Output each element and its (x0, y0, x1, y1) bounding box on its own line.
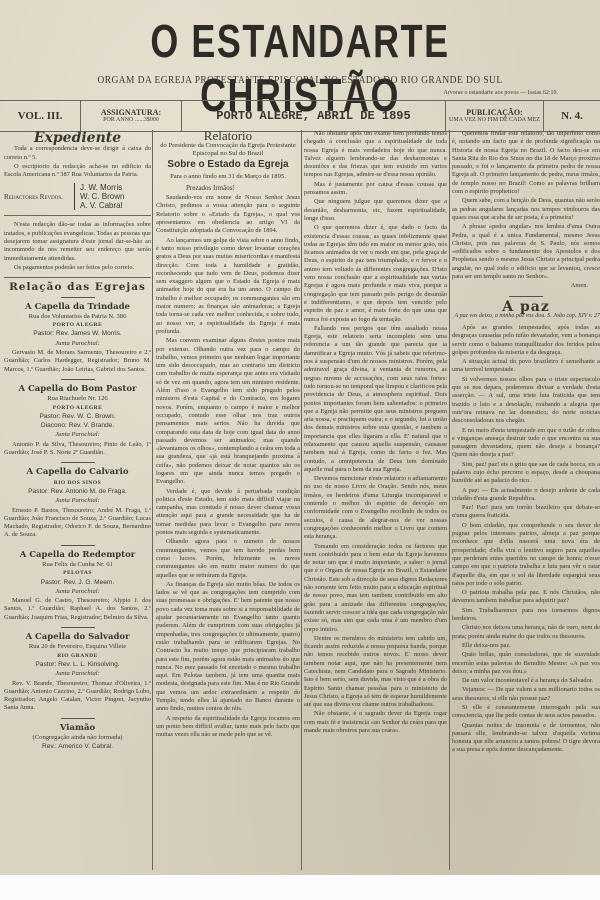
report-paragraph: Fallando nos perigos que têm assaltado n… (304, 325, 447, 474)
church-entry: A Capella do SalvadorRua 20 de Fevereiro… (4, 633, 151, 713)
parish-council-label: Junta Parochial: (4, 431, 151, 439)
report-paragraph: Devemos mencionar n'este relatorio o adi… (304, 475, 447, 541)
paz-paragraph: E no meio d'esta tempestade em que o tuf… (452, 427, 600, 460)
masthead: O ESTANDARTE CHRISTÃO ORGAM DA EGREJA PR… (0, 0, 600, 100)
church-clergy: Rev.: Americo V. Cabral. (4, 743, 151, 751)
report-paragraph: Tomando em consideração todos os factore… (304, 543, 447, 634)
column-1: Expediente Toda a correspondencia deve-s… (4, 130, 151, 875)
report-paragraph: Dentre os membros do ministerio tem cahi… (304, 635, 447, 710)
paz-paragraph: De um valor incontestavel é a herança do… (452, 677, 600, 685)
divider (509, 296, 543, 297)
paz-paragraph: O patriota trabalha pela paz. E nós Chri… (452, 589, 600, 606)
volume-label: VOL. III. (0, 101, 81, 131)
report-paragraph: Ao lançarmos um golpe de vista sobre o a… (156, 237, 300, 337)
paz-paragraph: Sim. Trabalharemos para nos tornarmos di… (452, 607, 600, 624)
parish-council-members: Manoel G. de Castro, Thesoureiro; Alypio… (4, 597, 151, 622)
expediente-paragraph: N'esta redacção dão-se todas as informaç… (4, 221, 151, 262)
paz-paragraph: Quão bellas, quão consoladoras, que de s… (452, 651, 600, 676)
church-clergy: Diacono: Rev. V. Brande. (4, 422, 151, 430)
issue-number: N. 4. (544, 101, 600, 131)
parish-council-members: Gervasio M. de Moraes Sarmento, Thesoure… (4, 349, 151, 374)
paz-paragraph: O bom cidadão, que comprehende o seu dev… (452, 522, 600, 588)
newspaper-page: O ESTANDARTE CHRISTÃO ORGAM DA EGREJA PR… (0, 0, 600, 875)
report-paragraph: Queremos findar este relatorio, tão impe… (452, 130, 600, 196)
church-name: Viamão (4, 724, 151, 732)
divider (61, 718, 95, 719)
church-list: A Capella da TrindadeRua dos Voluntarios… (4, 297, 151, 752)
bottom-margin (0, 875, 600, 900)
report-salutation: Prezados Irmãos! (156, 184, 300, 192)
editors-list: J. W. Morris W. C. Brown A. V. Cabral (74, 183, 124, 210)
subscription-label: ASSIGNATURA: (101, 108, 161, 117)
expediente-title: Expediente (4, 134, 151, 142)
report-paragraph: Mas é justamente por causa d'essas cousa… (304, 181, 447, 198)
column-rule (152, 130, 153, 870)
parish-council-members: Rev. V. Brande, Thesoureiro; Thomaz d'Ol… (4, 680, 151, 713)
column-4: Queremos findar este relatorio, tão impe… (452, 130, 600, 875)
subscription-box: ASSIGNATURA: POR ANNO ......3$000 (81, 101, 182, 131)
church-address: Rua dos Voluntarios da Patria N. 386 (4, 313, 151, 321)
parish-council-label: Junta Parochial: (4, 670, 151, 678)
church-city: RIO DOS SINOS (4, 479, 151, 487)
column-rule (301, 130, 302, 870)
church-name: A Capella da Trindade (4, 303, 151, 311)
divider (61, 462, 95, 463)
parish-council-members: Ernesto P. Bastos, Thesoureiro; André M.… (4, 507, 151, 540)
paz-paragraph: Após as grandes tempestades, após todas … (452, 324, 600, 357)
editor-name: A. V. Cabral (80, 201, 124, 210)
report-paragraph: Mas convem examinar alguns d'estes ponto… (156, 337, 300, 486)
church-city: PORTO ALEGRE (4, 404, 151, 412)
expediente-paragraph: O escriptorio da redacção acha-se no edi… (4, 163, 151, 180)
church-entry: A Capella da TrindadeRua dos Voluntarios… (4, 303, 151, 374)
report-paragraph: Que ninguem julgue que queremos dizer qu… (304, 198, 447, 223)
report-closing: Amen. (452, 282, 600, 290)
church-name: A Capella do Calvario (4, 468, 151, 476)
report-heading: Sobre o Estado da Egreja (156, 161, 300, 169)
paz-paragraph: A situação actual do povo brazileiro é s… (452, 358, 600, 375)
editors-label: Redactores Revdos. (4, 193, 74, 201)
parish-council-label: Junta Parochial: (4, 497, 151, 505)
paz-paragraph: Sim, paz! paz! eis o grito que sae de ca… (452, 461, 600, 486)
editors-block: Redactores Revdos. J. W. Morris W. C. Br… (4, 183, 151, 210)
paz-paragraph: Christo nos deixou uma herança, não de o… (452, 624, 600, 641)
newspaper-subtitle: ORGAM DA EGREJA PROTESTANTE EPISCOPAL NO… (30, 75, 570, 86)
church-entry: A Capella do RedemptorRua Felix da Cunha… (4, 551, 151, 622)
subscription-value: POR ANNO ......3$000 (103, 117, 159, 124)
church-address: (Congregação ainda não formada) (4, 734, 151, 742)
divider (61, 545, 95, 546)
paz-paragraph: A paz: — Eis actualmente o desejo ardent… (452, 487, 600, 504)
church-entry: A Capella do Bom PastorRua Riachuelo Nr.… (4, 385, 151, 457)
publication-box: PUBLICAÇÃO: UMA VEZ NO FIM DE CADA MEZ (446, 101, 544, 131)
paz-paragraph: Paz! Paz! para um torrão brazileiro que … (452, 504, 600, 521)
paz-paragraph: Vejamos: — De que valem a um millionario… (452, 686, 600, 703)
report-subtitle: do Presidente da Convocação da Egreja Pr… (156, 142, 300, 158)
church-clergy: Pastor: Rev. W. C. Brown. (4, 413, 151, 421)
report-paragraph: Não obstante após um exame bem profundo … (304, 130, 447, 180)
report-paragraph: A phrase «pedra angular» nos lembra d'um… (452, 223, 600, 281)
churches-section-title: Relação das Egrejas (4, 283, 151, 291)
divider (61, 297, 95, 298)
publication-value: UMA VEZ NO FIM DE CADA MEZ (449, 117, 540, 124)
church-clergy: Pastor: Rev. L. L. Kinsolving. (4, 661, 151, 669)
report-paragraph: Verdade é, que devido á perturbada condi… (156, 488, 300, 538)
church-city: RIO GRANDE (4, 652, 151, 660)
church-city: PORTO ALEGRE (4, 321, 151, 329)
column-2: Relatorio do Presidente da Convocação da… (156, 130, 300, 875)
report-body-continued: Não obstante após um exame bem profundo … (304, 130, 447, 735)
report-paragraph: Olhando agora para o numero de nossos co… (156, 538, 300, 579)
motto: Arvorae o estandarte aos povos — Isaias … (443, 90, 558, 96)
report-paragraph: O que queremos dizer é, que dado o facto… (304, 224, 447, 324)
parish-council-members: Antonio P. da Silva, Thesoureiro; Pinto … (4, 441, 151, 458)
report-paragraph: Não obstante, é o sagrado dever da Egrej… (304, 710, 447, 735)
place-date: PORTO ALEGRE, ABRIL DE 1895 (182, 101, 446, 131)
church-address: Rua 20 de Fevereiro, Esquina Villete (4, 643, 151, 651)
church-name: A Capella do Redemptor (4, 551, 151, 559)
church-address: Rua Felix da Cunha Nr. 61 (4, 561, 151, 569)
column-rule (449, 130, 450, 870)
paz-paragraph: Si volvermos nossos olhos para o triste … (452, 376, 600, 426)
paz-paragraph: Si elle é constantemente interrogado pel… (452, 704, 600, 721)
editor-name: J. W. Morris (80, 183, 124, 192)
church-name: A Capella do Bom Pastor (4, 385, 151, 393)
column-3: Não obstante após um exame bem profundo … (304, 130, 447, 875)
report-body-end: Queremos findar este relatorio, tão impe… (452, 130, 600, 281)
church-address: Rua Riachuelo Nr. 126 (4, 395, 151, 403)
report-paragraph: A respeito da espiritualidade da Egreja … (156, 715, 300, 740)
report-paragraph: Quem sabe, com a benção de Deus, quantas… (452, 197, 600, 222)
paz-epigraph: A paz vos deixo, a minha paz vos dou. S.… (452, 313, 600, 320)
divider (61, 627, 95, 628)
church-entry: Viamão(Congregação ainda não formada)Rev… (4, 724, 151, 752)
paz-title: A paz (452, 303, 600, 311)
info-bar: VOL. III. ASSIGNATURA: POR ANNO ......3$… (0, 100, 600, 132)
report-title: Relatorio (156, 132, 300, 140)
expediente-paragraph: Os pagamentos poderão ser feitos pelo co… (4, 264, 151, 272)
parish-council-label: Junta Parochial: (4, 340, 151, 348)
report-date-line: Para o anno findo em 31 de Março de 1895… (156, 173, 300, 181)
editor-name: W. C. Brown (80, 192, 124, 201)
church-clergy: Pastor: Rev. James W. Morris. (4, 330, 151, 338)
report-paragraph: Saudando-vos em nome de Nosso Senhor Jes… (156, 194, 300, 235)
church-clergy: Pastor: Rev. J. G. Meem. (4, 579, 151, 587)
report-paragraph: As finanças da Egreja são muito bôas. De… (156, 581, 300, 714)
church-clergy: Pastor: Rev. Antonio M. de Fraga. (4, 488, 151, 496)
church-city: PELOTAS (4, 569, 151, 577)
paz-paragraph: Elle deixa-nos paz. (452, 642, 600, 650)
paz-paragraph: Quantas noites de insomnia e de tormento… (452, 722, 600, 755)
church-entry: A Capella do CalvarioRIO DOS SINOSPastor… (4, 468, 151, 539)
paz-body: Após as grandes tempestades, após todas … (452, 324, 600, 755)
parish-council-label: Junta Parochial: (4, 588, 151, 596)
publication-label: PUBLICAÇÃO: (466, 108, 522, 117)
report-body: Saudando-vos em nome de Nosso Senhor Jes… (156, 194, 300, 739)
expediente-paragraph: Toda a correspondencia deve-se dirigir á… (4, 145, 151, 162)
church-name: A Capella do Salvador (4, 633, 151, 641)
divider (61, 379, 95, 380)
divider (4, 277, 151, 278)
divider (4, 215, 151, 216)
